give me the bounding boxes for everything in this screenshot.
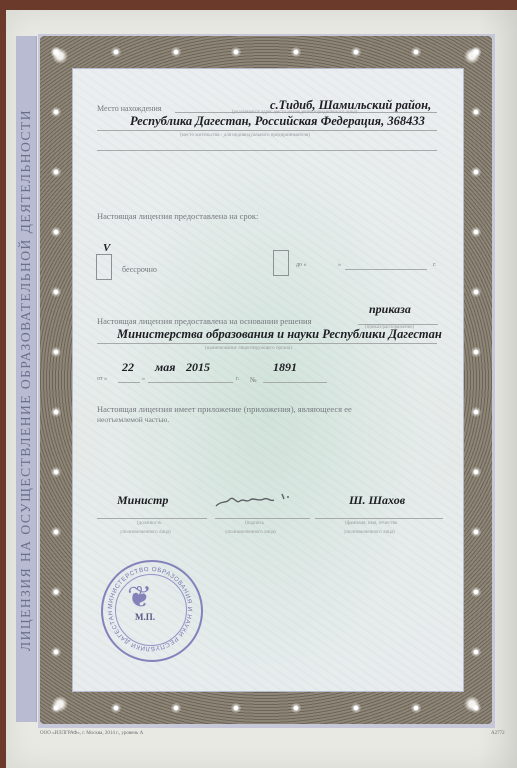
date-prefix: от « [97,376,107,382]
frame-rosette [471,527,481,537]
checkbox-unlimited[interactable] [96,254,112,280]
frame-rosette [351,47,361,57]
frame-rosette [231,47,241,57]
signature-scribble [212,490,302,512]
decision-number: 1891 [273,360,297,375]
frame-rosette [51,287,61,297]
position-hint-2: уполномоченного лица) [120,530,171,535]
eagle-emblem-icon: ❦ [127,580,152,615]
frame-rosette [51,467,61,477]
frame-rosette [51,227,61,237]
official-stamp: МИНИСТЕРСТВО ОБРАЗОВАНИЯ И НАУКИ РЕСПУБЛ… [101,560,203,662]
signature-hint-2: уполномоченного лица) [225,530,276,535]
basis-decision-type: приказа [369,302,411,317]
frame-rosette [471,47,481,57]
frame-rosette [471,107,481,117]
frame-rosette [51,647,61,657]
position-hint-1: (должность [137,521,162,526]
form-code: А2772 [491,731,505,736]
frame-rosette [351,703,361,713]
location-line-3 [97,150,437,151]
frame-rosette [171,47,181,57]
frame-rosette [471,287,481,297]
signer-position: Министр [117,493,168,508]
frame-rosette [471,227,481,237]
frame-rosette [471,587,481,597]
checkmark: V [103,242,110,254]
signature-hint-1: (подпись [245,521,264,526]
number-label: № [250,376,257,384]
term-label: Настоящая лицензия предоставлена на срок… [97,211,258,221]
frame-rosette [471,347,481,357]
name-hint-1: (фамилия, имя, отчество [345,521,397,526]
frame-rosette [471,647,481,657]
frame-rosette [51,347,61,357]
basis-authority: Министерства образования и науки Республ… [117,327,442,342]
frame-rosette [291,703,301,713]
frame-rosette [51,587,61,597]
frame-rosette [111,47,121,57]
frame-rosette [51,167,61,177]
basis-authority-line [97,343,437,344]
date-year: 2015 [186,360,210,375]
option-until-mid: » [338,262,341,268]
frame-rosette [231,703,241,713]
name-line [315,518,443,519]
stamp-mp: М.П. [135,612,155,622]
frame-rosette [51,703,61,713]
frame-rosette [51,407,61,417]
date-month: мая [155,360,175,375]
frame-rosette [411,47,421,57]
frame-rosette [171,703,181,713]
frame-rosette [471,407,481,417]
frame-rosette [111,703,121,713]
name-hint-2: уполномоченного лица) [344,530,395,535]
option-unlimited-label: бессрочно [122,265,157,274]
frame-rosette [51,527,61,537]
position-line [97,518,207,519]
location-hint-bottom: (место жительства - для индивидуального … [180,133,310,138]
frame-rosette [51,107,61,117]
basis-authority-hint: (наименование лицензирующего органа) [205,346,292,351]
date-year-suffix: г. [236,376,239,382]
date-month-line [148,382,233,383]
printer-info: ООО «ИЛЛГРАФ», г. Москва, 2014 г., урове… [40,731,143,736]
frame-rosette [411,703,421,713]
frame-rosette [471,167,481,177]
date-close-quote: » [142,376,145,382]
side-title: ЛИЦЕНЗИЯ НА ОСУЩЕСТВЛЕНИЕ ОБРАЗОВАТЕЛЬНО… [18,109,34,651]
checkbox-until-date[interactable] [273,250,289,276]
basis-label: Настоящая лицензия предоставлена на осно… [97,316,311,326]
frame-rosette [291,47,301,57]
location-line-2 [97,130,437,131]
location-value-2: Республика Дагестан, Российская Федераци… [130,114,425,129]
location-label: Место нахождения [97,104,161,113]
appendix-text-2: неотъемлемой частью. [97,415,169,424]
date-day: 22 [122,360,134,375]
frame-rosette [471,703,481,713]
signer-name: Ш. Шахов [349,493,405,508]
frame-rosette [51,47,61,57]
option-until-prefix: до « [296,262,307,268]
option-until-suffix: г. [433,262,436,268]
appendix-text-1: Настоящая лицензия имеет приложение (при… [97,404,352,414]
signature-line [215,518,310,519]
until-date-line [345,269,427,270]
number-line [263,382,327,383]
date-day-line [118,382,140,383]
frame-rosette [471,467,481,477]
